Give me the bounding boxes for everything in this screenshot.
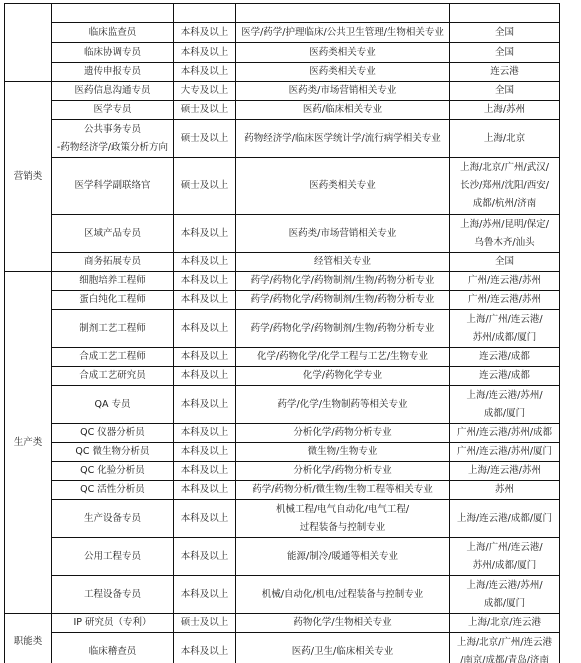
table-row: 合成工艺工程师本科及以上化学/药物化学/化学工程与工艺/生物专业连云港/成都: [5, 348, 560, 367]
location-cell: [450, 4, 560, 23]
major-cell: 医药类/市场营销相关专业: [236, 82, 450, 101]
category-cell: 职能类: [5, 614, 52, 663]
education-cell: 本科及以上: [174, 462, 236, 481]
category-cell: 生产类: [5, 272, 52, 614]
position-cell: 蛋白纯化工程师: [52, 291, 174, 310]
education-cell: 本科及以上: [174, 272, 236, 291]
education-cell: 本科及以上: [174, 538, 236, 576]
major-cell: 药学/化学/生物制药等相关专业: [236, 386, 450, 424]
position-cell: 合成工艺工程师: [52, 348, 174, 367]
education-cell: 本科及以上: [174, 576, 236, 614]
category-cell: 营销类: [5, 82, 52, 272]
major-cell: 分析化学/药物分析专业: [236, 462, 450, 481]
education-cell: 硕士及以上: [174, 101, 236, 120]
position-cell: 临床协调专员: [52, 43, 174, 63]
table-row: 生产类细胞培养工程师本科及以上药学/药物化学/药物制剂/生物/药物分析专业广州/…: [5, 272, 560, 291]
position-cell: 遗传申报专员: [52, 63, 174, 82]
education-cell: 本科及以上: [174, 23, 236, 43]
education-cell: 本科及以上: [174, 481, 236, 500]
table-row: 营销类医药信息沟通专员大专及以上医药类/市场营销相关专业全国: [5, 82, 560, 101]
education-cell: 硕士及以上: [174, 614, 236, 633]
table-row: 商务拓展专员本科及以上经管相关专业全国: [5, 253, 560, 272]
education-cell: [174, 4, 236, 23]
position-cell: 制剂工艺工程师: [52, 310, 174, 348]
education-cell: 硕士及以上: [174, 158, 236, 215]
table-row: 临床稽查员本科及以上医药/卫生/临床相关专业上海/北京/广州/连云港 /南京/成…: [5, 633, 560, 663]
location-cell: 广州/连云港/苏州: [450, 272, 560, 291]
table-row: 蛋白纯化工程师本科及以上药学/药物化学/药物制剂/生物/药物分析专业广州/连云港…: [5, 291, 560, 310]
education-cell: 本科及以上: [174, 386, 236, 424]
location-cell: 上海/北京/广州/武汉/ 长沙/郑州/沈阳/西安/ 成都/杭州/济南: [450, 158, 560, 215]
position-cell: 细胞培养工程师: [52, 272, 174, 291]
table-row: 遗传申报专员本科及以上医药类相关专业连云港: [5, 63, 560, 82]
location-cell: 连云港/成都: [450, 367, 560, 386]
position-cell: 医学专员: [52, 101, 174, 120]
major-cell: 经管相关专业: [236, 253, 450, 272]
major-cell: 分析化学/药物分析专业: [236, 424, 450, 443]
location-cell: 全国: [450, 253, 560, 272]
position-cell: QC 微生物分析员: [52, 443, 174, 462]
major-cell: 机械工程/电气自动化/电气工程/ 过程装备与控制专业: [236, 500, 450, 538]
position-cell: 公用工程专员: [52, 538, 174, 576]
location-cell: 广州/连云港/苏州: [450, 291, 560, 310]
major-cell: 微生物/生物专业: [236, 443, 450, 462]
major-cell: 医药类相关专业: [236, 63, 450, 82]
location-cell: 上海/广州/连云港/ 苏州/成都/厦门: [450, 310, 560, 348]
major-cell: 医学/药学/护理临床/公共卫生管理/生物相关专业: [236, 23, 450, 43]
location-cell: 上海/北京/连云港: [450, 614, 560, 633]
major-cell: 药学/药物化学/药物制剂/生物/药物分析专业: [236, 291, 450, 310]
location-cell: 全国: [450, 82, 560, 101]
table-row: 生产设备专员本科及以上机械工程/电气自动化/电气工程/ 过程装备与控制专业上海/…: [5, 500, 560, 538]
table-row: [5, 4, 560, 23]
position-cell: 公共事务专员 -药物经济学/政策分析方向: [52, 120, 174, 158]
table-row: 临床监查员本科及以上医学/药学/护理临床/公共卫生管理/生物相关专业全国: [5, 23, 560, 43]
position-cell: QC 活性分析员: [52, 481, 174, 500]
location-cell: 苏州: [450, 481, 560, 500]
table-row: 工程设备专员本科及以上机械/自动化/机电/过程装备与控制专业上海/连云港/苏州/…: [5, 576, 560, 614]
position-cell: 生产设备专员: [52, 500, 174, 538]
position-cell: IP 研究员（专利）: [52, 614, 174, 633]
position-cell: QC 仪器分析员: [52, 424, 174, 443]
education-cell: 本科及以上: [174, 500, 236, 538]
table-row: 公用工程专员本科及以上能源/制冷/暖通等相关专业上海/广州/连云港/ 苏州/成都…: [5, 538, 560, 576]
table-row: 制剂工艺工程师本科及以上药学/药物化学/药物制剂/生物/药物分析专业上海/广州/…: [5, 310, 560, 348]
table-row: 合成工艺研究员本科及以上化学/药物化学专业连云港/成都: [5, 367, 560, 386]
education-cell: 本科及以上: [174, 367, 236, 386]
table-row: QA 专员本科及以上药学/化学/生物制药等相关专业上海/连云港/苏州/ 成都/厦…: [5, 386, 560, 424]
table-row: QC 化验分析员本科及以上分析化学/药物分析专业上海/连云港/苏州: [5, 462, 560, 481]
major-cell: 医药类/市场营销相关专业: [236, 215, 450, 253]
position-cell: [52, 4, 174, 23]
education-cell: 本科及以上: [174, 443, 236, 462]
major-cell: 化学/药物化学专业: [236, 367, 450, 386]
table-row: 临床协调专员本科及以上医药类相关专业全国: [5, 43, 560, 63]
major-cell: 药学/药物化学/药物制剂/生物/药物分析专业: [236, 272, 450, 291]
position-cell: QC 化验分析员: [52, 462, 174, 481]
education-cell: 大专及以上: [174, 82, 236, 101]
education-cell: 本科及以上: [174, 348, 236, 367]
major-cell: 能源/制冷/暖通等相关专业: [236, 538, 450, 576]
education-cell: 本科及以上: [174, 310, 236, 348]
location-cell: 连云港: [450, 63, 560, 82]
education-cell: 硕士及以上: [174, 120, 236, 158]
education-cell: 本科及以上: [174, 633, 236, 663]
major-cell: 机械/自动化/机电/过程装备与控制专业: [236, 576, 450, 614]
major-cell: 化学/药物化学/化学工程与工艺/生物专业: [236, 348, 450, 367]
education-cell: 本科及以上: [174, 291, 236, 310]
table-row: QC 活性分析员本科及以上药学/药物分析/微生物/生物工程等相关专业苏州: [5, 481, 560, 500]
location-cell: 上海/广州/连云港/ 苏州/成都/厦门: [450, 538, 560, 576]
table-row: QC 微生物分析员本科及以上微生物/生物专业广州/连云港/苏州/厦门: [5, 443, 560, 462]
position-cell: 临床监查员: [52, 23, 174, 43]
education-cell: 本科及以上: [174, 43, 236, 63]
major-cell: 药学/药物化学/药物制剂/生物/药物分析专业: [236, 310, 450, 348]
category-cell: [5, 4, 52, 82]
table-row: 职能类IP 研究员（专利）硕士及以上药物化学/生物相关专业上海/北京/连云港: [5, 614, 560, 633]
major-cell: 医药类相关专业: [236, 158, 450, 215]
location-cell: 广州/连云港/苏州/成都: [450, 424, 560, 443]
major-cell: 医药类相关专业: [236, 43, 450, 63]
education-cell: 本科及以上: [174, 253, 236, 272]
position-cell: 合成工艺研究员: [52, 367, 174, 386]
position-cell: 工程设备专员: [52, 576, 174, 614]
major-cell: 药物化学/生物相关专业: [236, 614, 450, 633]
position-cell: 医学科学副联络官: [52, 158, 174, 215]
major-cell: 医药/临床相关专业: [236, 101, 450, 120]
position-cell: 临床稽查员: [52, 633, 174, 663]
position-cell: 区域产品专员: [52, 215, 174, 253]
location-cell: 全国: [450, 23, 560, 43]
location-cell: 全国: [450, 43, 560, 63]
education-cell: 本科及以上: [174, 215, 236, 253]
major-cell: 药学/药物分析/微生物/生物工程等相关专业: [236, 481, 450, 500]
location-cell: 上海/连云港/成都/厦门: [450, 500, 560, 538]
location-cell: 上海/北京: [450, 120, 560, 158]
position-cell: 商务拓展专员: [52, 253, 174, 272]
location-cell: 上海/北京/广州/连云港 /南京/成都/青岛/济南: [450, 633, 560, 663]
major-cell: 医药/卫生/临床相关专业: [236, 633, 450, 663]
table-row: 区域产品专员本科及以上医药类/市场营销相关专业上海/苏州/昆明/保定/ 乌鲁木齐…: [5, 215, 560, 253]
position-cell: 医药信息沟通专员: [52, 82, 174, 101]
table-row: 医学专员硕士及以上医药/临床相关专业上海/苏州: [5, 101, 560, 120]
job-positions-table: 临床监查员本科及以上医学/药学/护理临床/公共卫生管理/生物相关专业全国临床协调…: [4, 3, 560, 663]
education-cell: 本科及以上: [174, 424, 236, 443]
table-row: 公共事务专员 -药物经济学/政策分析方向硕士及以上药物经济学/临床医学统计学/流…: [5, 120, 560, 158]
location-cell: 广州/连云港/苏州/厦门: [450, 443, 560, 462]
location-cell: 上海/连云港/苏州/ 成都/厦门: [450, 576, 560, 614]
table-row: QC 仪器分析员本科及以上分析化学/药物分析专业广州/连云港/苏州/成都: [5, 424, 560, 443]
table-row: 医学科学副联络官硕士及以上医药类相关专业上海/北京/广州/武汉/ 长沙/郑州/沈…: [5, 158, 560, 215]
position-cell: QA 专员: [52, 386, 174, 424]
location-cell: 连云港/成都: [450, 348, 560, 367]
location-cell: 上海/苏州/昆明/保定/ 乌鲁木齐/汕头: [450, 215, 560, 253]
location-cell: 上海/连云港/苏州: [450, 462, 560, 481]
location-cell: 上海/连云港/苏州/ 成都/厦门: [450, 386, 560, 424]
education-cell: 本科及以上: [174, 63, 236, 82]
major-cell: [236, 4, 450, 23]
major-cell: 药物经济学/临床医学统计学/流行病学相关专业: [236, 120, 450, 158]
location-cell: 上海/苏州: [450, 101, 560, 120]
